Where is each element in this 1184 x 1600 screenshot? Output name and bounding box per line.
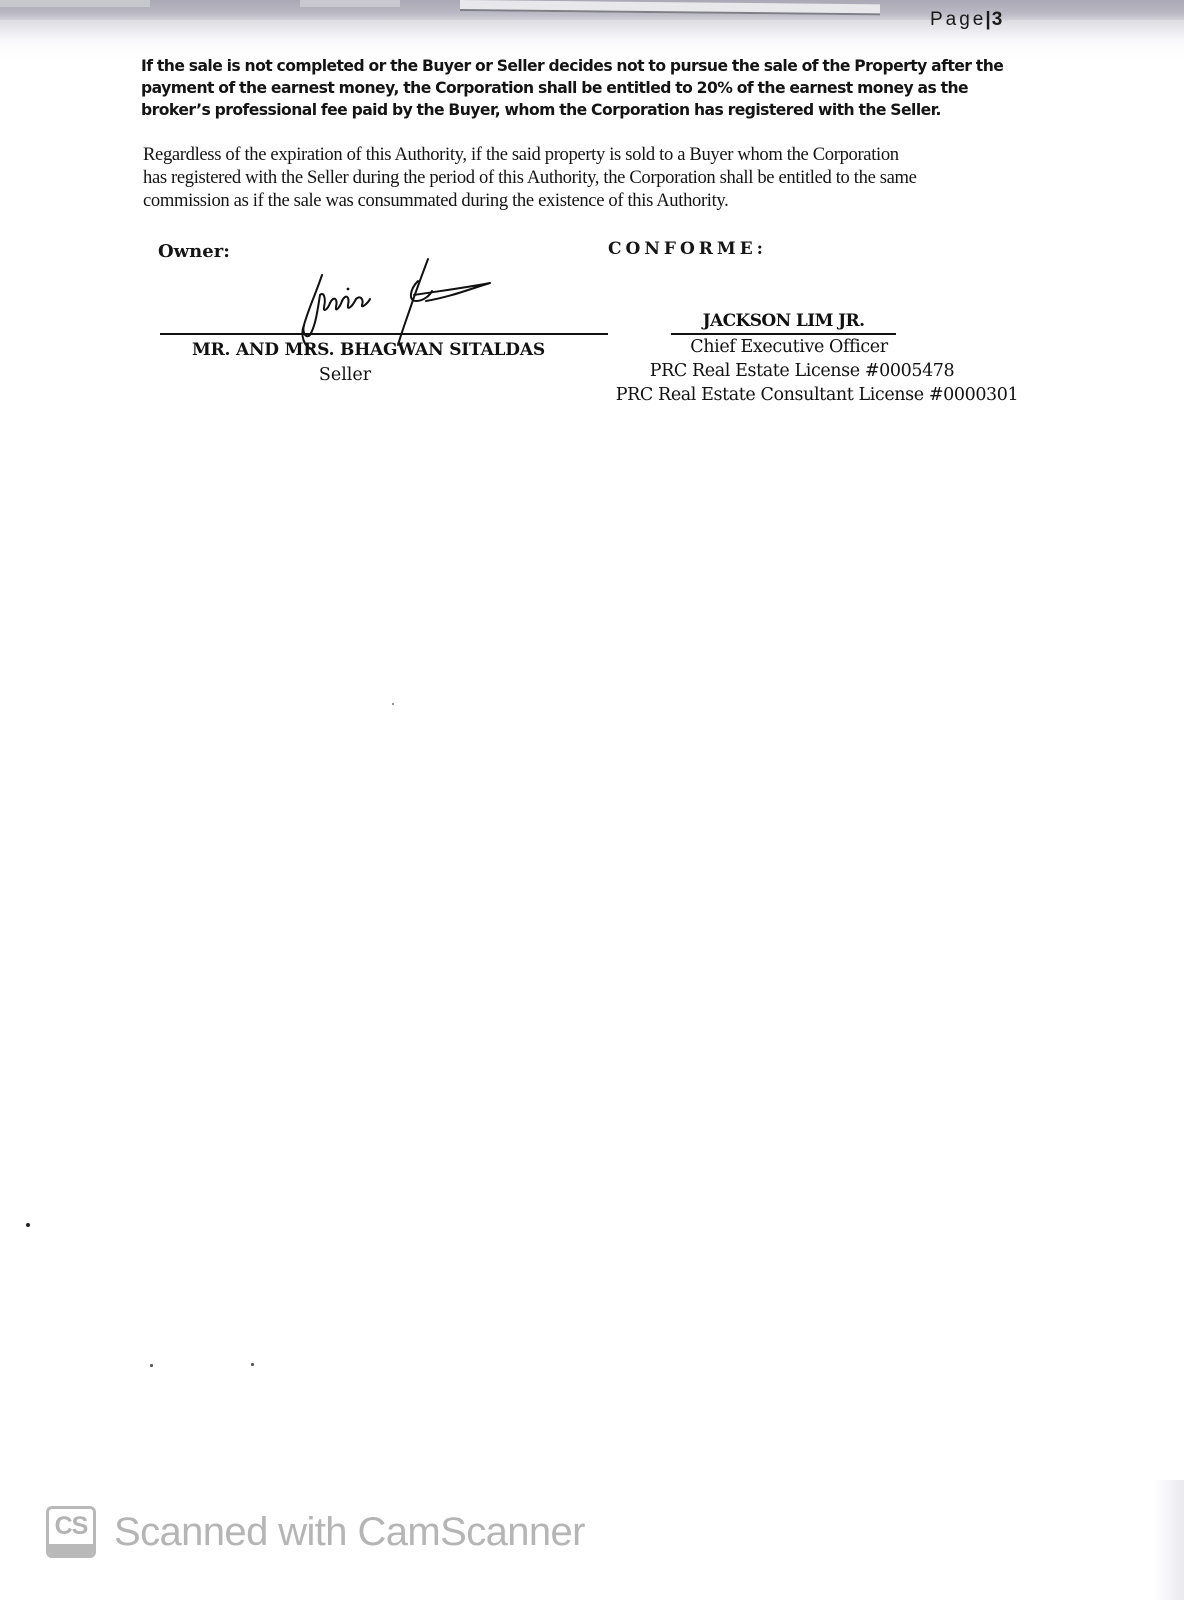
paragraph-line: has registered with the Seller during th… [143,166,1043,189]
scan-speck [26,1223,30,1227]
signatory-title: Chief Executive Officer [538,335,1040,359]
scan-shadow [0,20,1184,60]
scan-speck [251,1363,254,1366]
consultant-license: PRC Real Estate Consultant License #0000… [594,383,1040,407]
handwritten-signature-icon [290,255,520,350]
camscanner-logo-text: CS [49,1512,93,1541]
paragraph-line: payment of the earnest money, the Corpor… [141,77,1011,99]
conforme-label: CONFORME: [608,239,767,259]
watermark-text: Scanned with CamScanner [114,1510,585,1555]
scan-edge-segment [300,0,400,7]
real-estate-license: PRC Real Estate License #0005478 [564,359,1040,383]
camscanner-logo-bar [49,1544,93,1555]
page-separator: | [985,9,990,30]
owner-name: MR. AND MRS. BHAGWAN SITALDAS [192,340,545,360]
page-label: Page [930,9,986,30]
scan-speck [150,1364,153,1367]
scan-edge-segment [460,0,880,15]
scan-top-edge [0,0,1184,20]
page-number-value: 3 [992,9,1006,30]
scan-edge-segment [0,0,150,7]
paragraph-earnest-money: If the sale is not completed or the Buye… [141,55,1011,121]
owner-role: Seller [160,365,530,385]
camscanner-watermark: CS Scanned with CamScanner [46,1506,585,1558]
paragraph-line: If the sale is not completed or the Buye… [141,55,1011,77]
scan-speck [392,703,394,705]
conforme-signatory-block: JACKSON LIM JR. Chief Executive Officer … [620,310,1040,407]
paragraph-authority-expiration: Regardless of the expiration of this Aut… [143,143,1043,212]
camscanner-logo-icon: CS [46,1506,96,1558]
owner-label: Owner: [158,241,230,262]
page-number: Page|3 [930,9,1005,31]
paragraph-line: broker’s professional fee paid by the Bu… [141,99,1011,121]
paragraph-line: Regardless of the expiration of this Aut… [143,143,1043,166]
paragraph-line: commission as if the sale was consummate… [143,189,1043,212]
scan-edge-smudge [1154,1480,1184,1600]
signatory-name: JACKSON LIM JR. [671,310,896,335]
